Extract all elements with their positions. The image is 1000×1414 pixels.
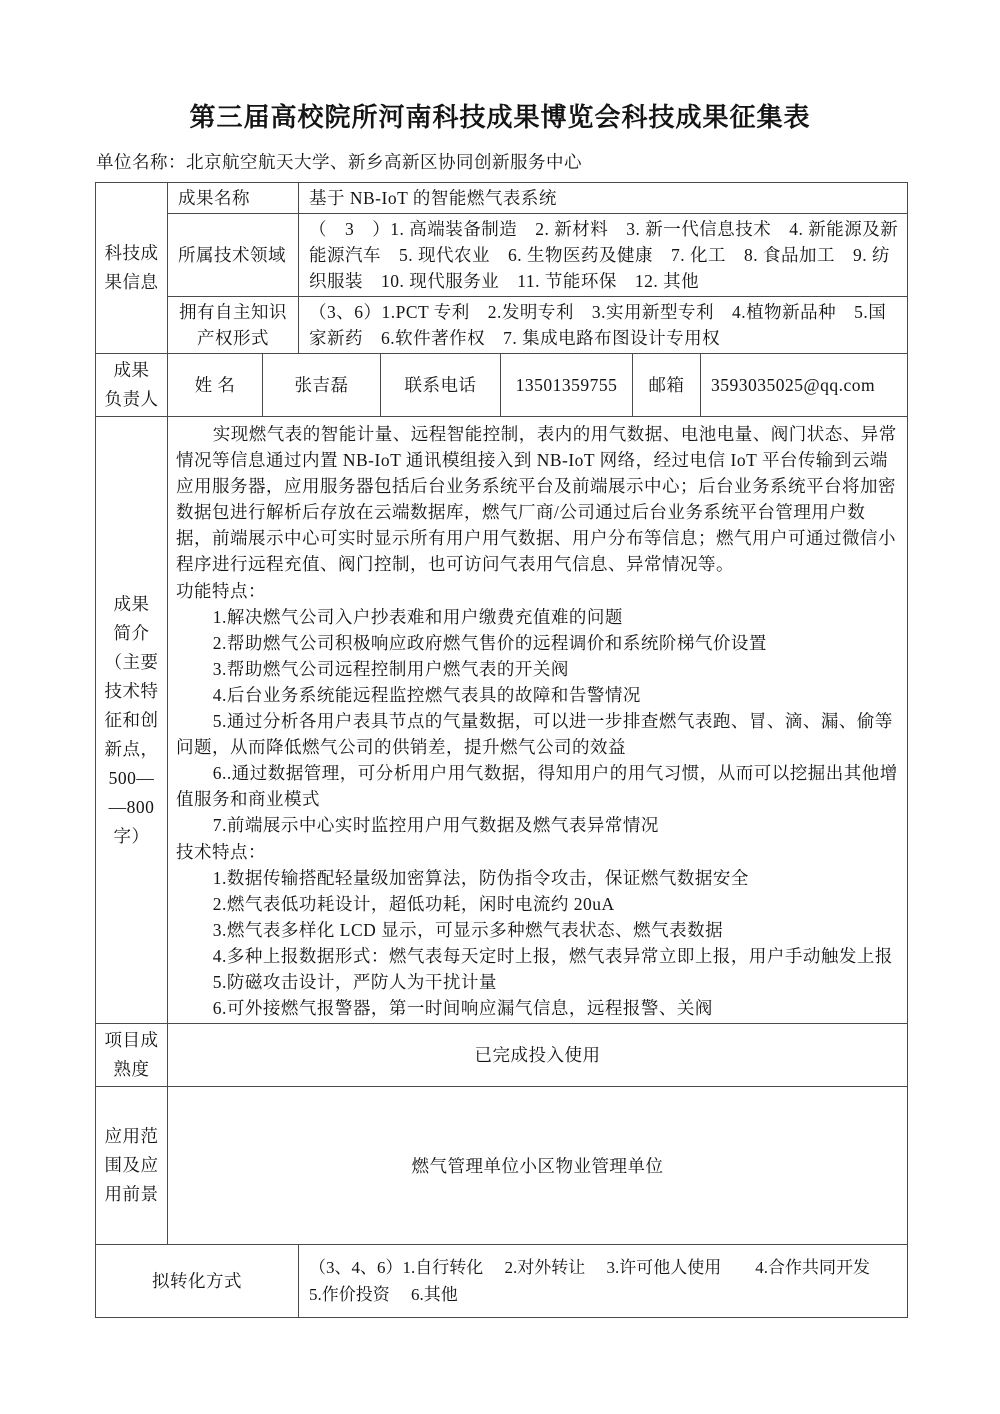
field-value-application: 燃气管理单位小区物业管理单位 [168, 1087, 908, 1245]
field-label-leader-email: 邮箱 [633, 354, 701, 417]
row-application: 应用范围及应用前景 燃气管理单位小区物业管理单位 [96, 1087, 908, 1245]
section-label-application: 应用范围及应用前景 [96, 1087, 168, 1245]
row-transform: 拟转化方式 （3、4、6）1.自行转化 2.对外转让 3.许可他人使用 4.合作… [96, 1245, 908, 1318]
field-label-tech-domain: 所属技术领域 [168, 214, 299, 297]
field-value-ip-form: （3、6）1.PCT 专利 2.发明专利 3.实用新型专利 4.植物新品种 5.… [299, 297, 908, 354]
row-result-name: 科技成果信息 成果名称 基于 NB-IoT 的智能燃气表系统 [96, 183, 908, 214]
section-label-tech-info: 科技成果信息 [96, 183, 168, 354]
row-leader: 成果负责人 姓 名 张吉磊 联系电话 13501359755 邮箱 359303… [96, 354, 908, 417]
field-value-leader-phone: 13501359755 [501, 354, 633, 417]
section-label-transform: 拟转化方式 [96, 1245, 299, 1318]
field-value-maturity: 已完成投入使用 [168, 1024, 908, 1087]
section-label-brief: 成果简介（主要技术特征和创新点，500——800字） [96, 417, 168, 1024]
field-value-leader-name: 张吉磊 [263, 354, 381, 417]
page-title: 第三届高校院所河南科技成果博览会科技成果征集表 [0, 0, 1000, 136]
field-label-leader-phone: 联系电话 [381, 354, 501, 417]
unit-name-label: 单位名称： [96, 152, 186, 172]
field-value-tech-domain: （ 3 ）1. 高端装备制造 2. 新材料 3. 新一代信息技术 4. 新能源及… [299, 214, 908, 297]
row-brief: 成果简介（主要技术特征和创新点，500——800字） 实现燃气表的智能计量、远程… [96, 417, 908, 1024]
row-tech-domain: 所属技术领域 （ 3 ）1. 高端装备制造 2. 新材料 3. 新一代信息技术 … [96, 214, 908, 297]
unit-name-value: 北京航空航天大学、新乡高新区协同创新服务中心 [186, 152, 582, 172]
field-value-brief: 实现燃气表的智能计量、远程智能控制，表内的用气数据、电池电量、阀门状态、异常情况… [168, 417, 908, 1024]
document-page: 第三届高校院所河南科技成果博览会科技成果征集表 单位名称：北京航空航天大学、新乡… [0, 0, 1000, 1414]
field-label-leader-name: 姓 名 [168, 354, 263, 417]
form-table: 科技成果信息 成果名称 基于 NB-IoT 的智能燃气表系统 所属技术领域 （ … [95, 182, 908, 1318]
field-value-transform: （3、4、6）1.自行转化 2.对外转让 3.许可他人使用 4.合作共同开发5.… [299, 1245, 908, 1318]
field-label-result-name: 成果名称 [168, 183, 299, 214]
section-label-leader: 成果负责人 [96, 354, 168, 417]
field-label-ip-form: 拥有自主知识产权形式 [168, 297, 299, 354]
row-ip-form: 拥有自主知识产权形式 （3、6）1.PCT 专利 2.发明专利 3.实用新型专利… [96, 297, 908, 354]
row-maturity: 项目成熟度 已完成投入使用 [96, 1024, 908, 1087]
field-value-result-name: 基于 NB-IoT 的智能燃气表系统 [299, 183, 908, 214]
field-value-leader-email: 3593035025@qq.com [701, 354, 908, 417]
section-label-maturity: 项目成熟度 [96, 1024, 168, 1087]
unit-name-line: 单位名称：北京航空航天大学、新乡高新区协同创新服务中心 [96, 150, 1000, 175]
